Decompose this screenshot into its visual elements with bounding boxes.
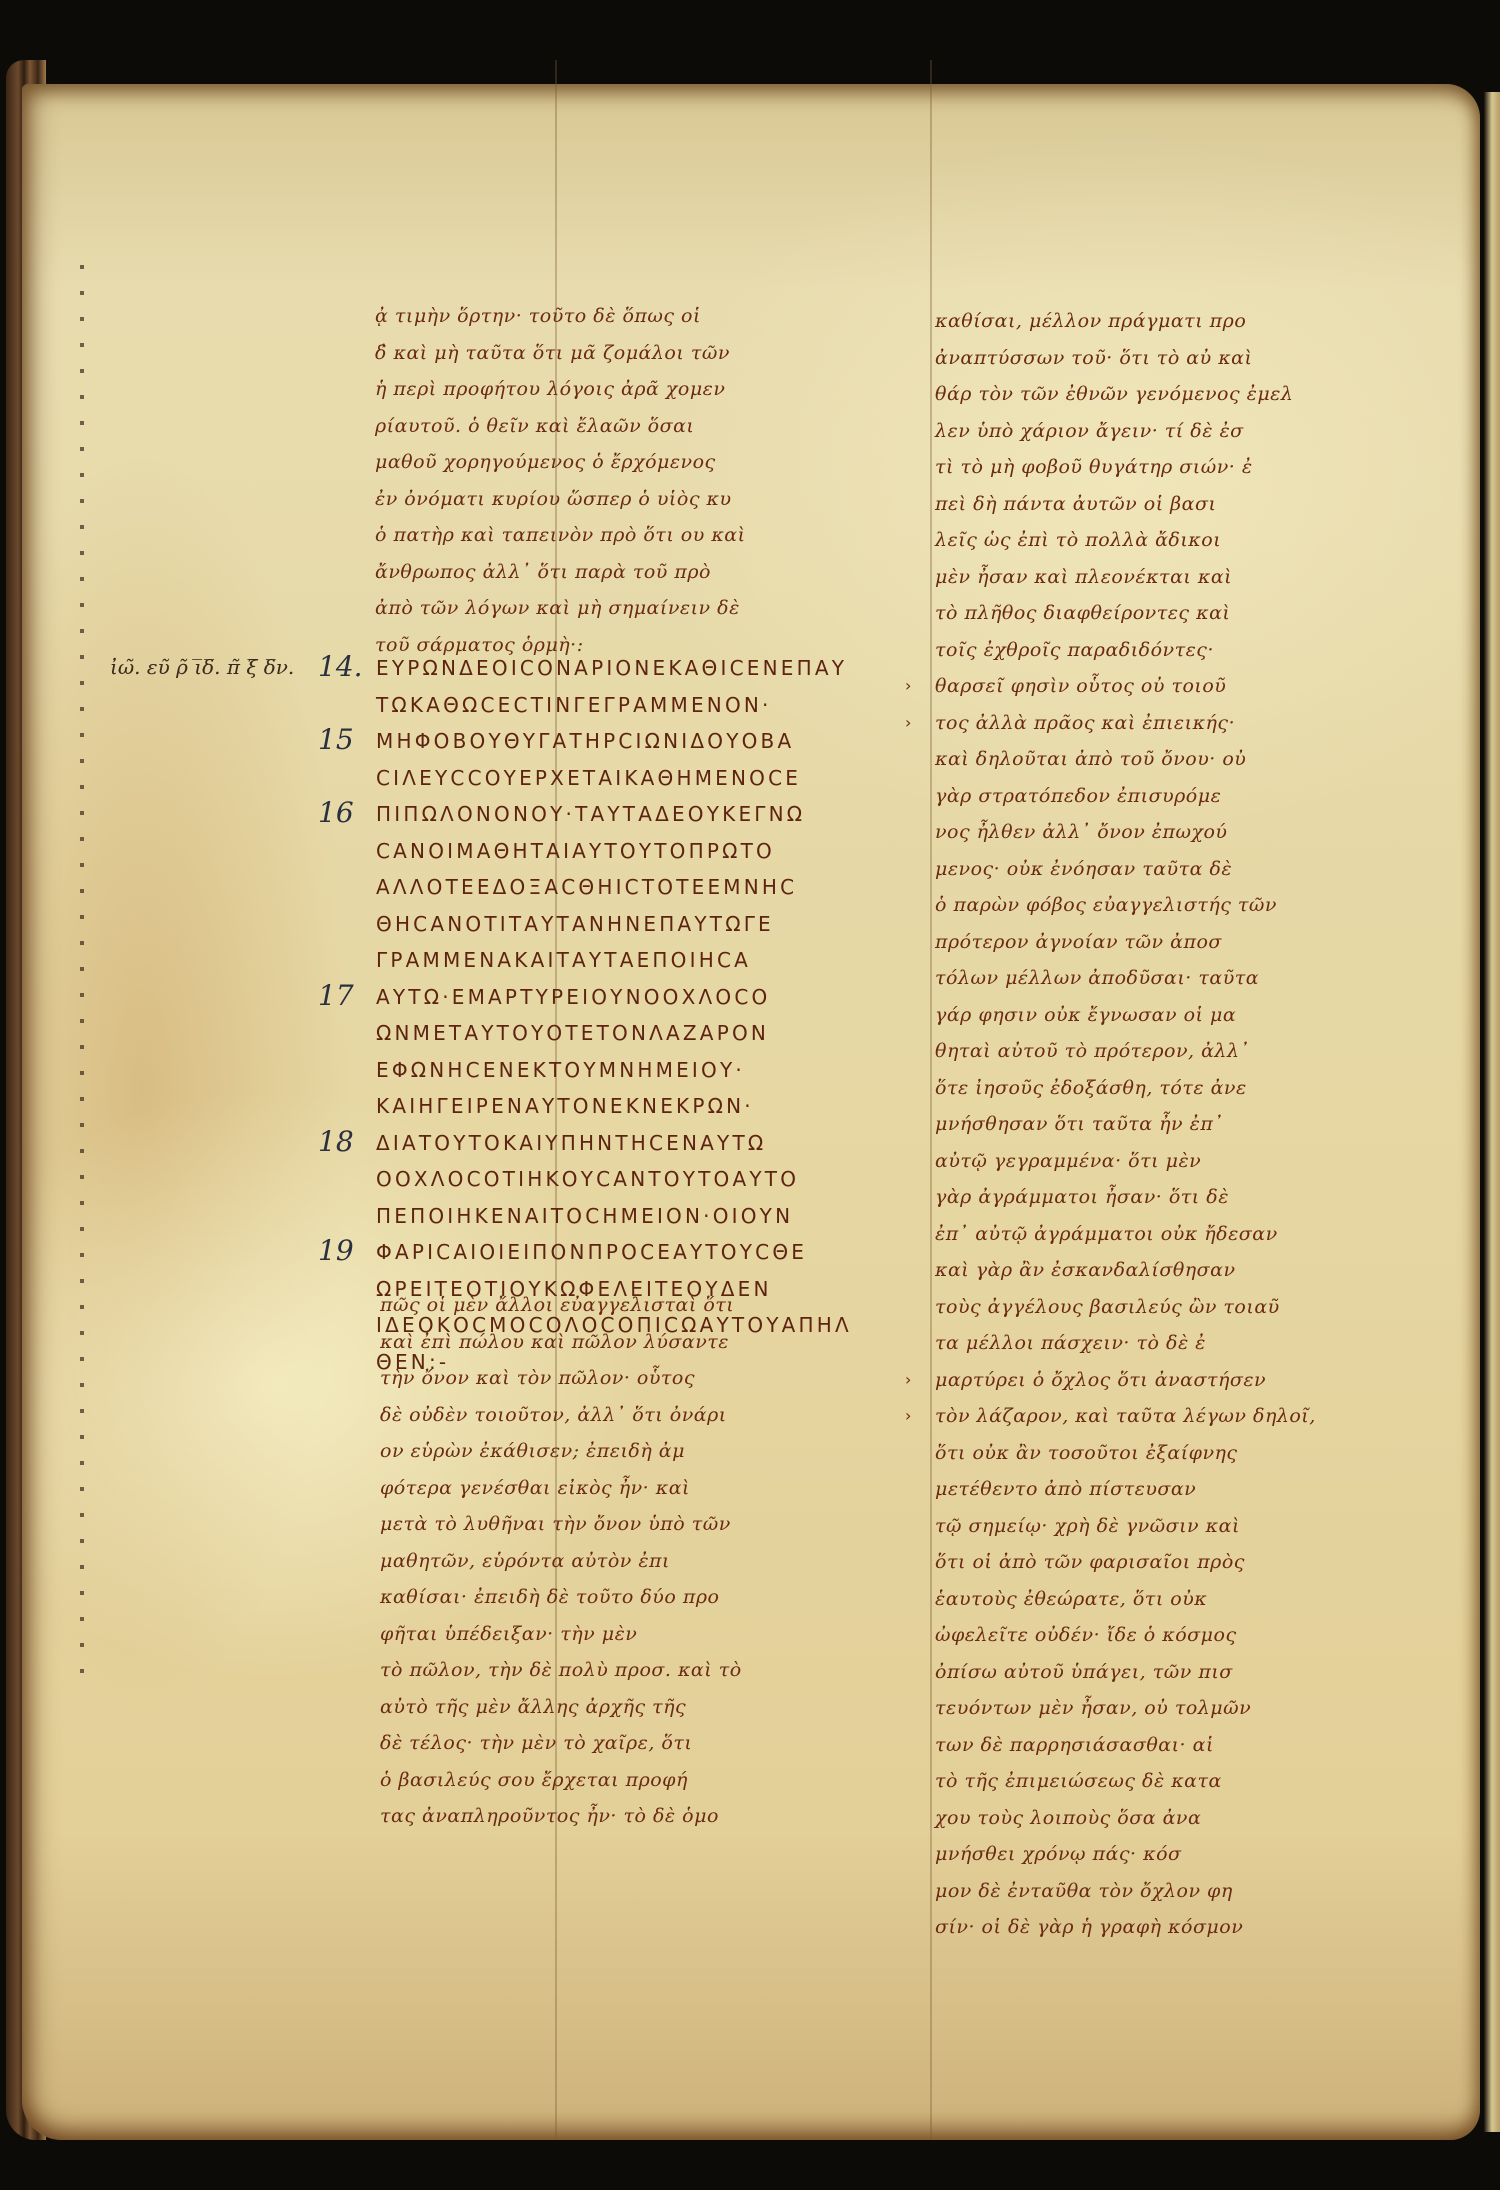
verse-number: 18 [318,1125,354,1158]
verse-number: 14. [318,650,363,683]
text-line: αὐτὸ τῆς μὲν ἄλλης ἀρχῆς τῆς [380,1689,742,1726]
text-line: ϲιλευϲϲουερχεταικαθημενοϲε [376,760,852,797]
text-line: διατουτοκαιυπηντηϲεναυτω [376,1125,852,1162]
left-column-commentary-bottom: πῶς οἱ μὲν ἄλλοι εὐαγγελισταὶ ὅτικαὶ ἐπὶ… [380,1287,742,1835]
text-line: ὀπίσω αὐτοῦ ὑπάγει, τῶν πισ [935,1654,1316,1691]
left-column-commentary-top: ᾀ τιμὴν ὅρτην· τοῦτο δὲ ὅπως οἱδ̓ καὶ μὴ… [375,298,746,663]
text-line: δ̓ καὶ μὴ ταῦτα ὅτι μᾶ ζομάλοι τῶν [375,335,746,372]
text-line: καθίσαι, μέλλον πράγματι προ [935,303,1316,340]
text-line: φαριϲαιοιειπονπροϲεαυτουϲθε [376,1234,852,1271]
text-line: λεν ὑπὸ χάριον ἄγειν· τί δὲ ἐσ [935,413,1316,450]
text-line: μηφοβουθυγατηρϲιωνιδουοβα [376,723,852,760]
text-line: φότερα γενέσθαι εἰκὸς ἦν· καὶ [380,1470,742,1507]
text-line: τοὺς ἀγγέλους βασιλεύς ὢν τοιαῦ [935,1289,1316,1326]
text-line: θάρ τὸν τῶν ἐθνῶν γενόμενος ἐμελ [935,376,1316,413]
text-line: τὶ τὸ μὴ φοβοῦ θυγάτηρ σιών· ἐ [935,449,1316,486]
text-line: τὸ πλῆθος διαφθείροντες καὶ [935,595,1316,632]
text-line: αὐτῷ γεγραμμένα· ὅτι μὲν [935,1143,1316,1180]
text-line: πρότερον ἀγνοίαν τῶν ἀποσ [935,924,1316,961]
text-line: καὶ ἐπὶ πώλου καὶ πῶλον λύσαντε [380,1324,742,1361]
text-line: τόλων μέλλων ἀποδῦσαι· ταῦτα [935,960,1316,997]
text-line: καὶ δηλοῦται ἀπὸ τοῦ ὄνου· οὐ [935,741,1316,778]
text-line: μὲν ἦσαν καὶ πλεονέκται καὶ [935,559,1316,596]
fold-line [930,60,932,2140]
text-line: ὅτε ἰησοῦς ἐδοξάσθη, τότε ἀνε [935,1070,1316,1107]
text-line: τος ἀλλὰ πρᾶος καὶ ἐπιεικής· [935,705,1316,742]
text-line: οοχλοϲοτιηκουϲαντουτοαυτο [376,1161,852,1198]
text-line: τὴν ὄνον καὶ τὸν πῶλον· οὗτος [380,1360,742,1397]
text-line: ἡ περὶ προφήτου λόγοις ἀρᾶ χομεν [375,371,746,408]
text-line: μετὰ τὸ λυθῆναι τὴν ὄνον ὑπὸ τῶν [380,1506,742,1543]
next-leaf-edge [1484,92,1500,2132]
text-line: ευρωνδεοιϲοναριονεκαθιϲενεπαυ [376,650,852,687]
text-line: νος ἦλθεν ἀλλ᾽ ὄνον ἐπωχού [935,814,1316,851]
text-line: ἐν ὀνόματι κυρίου ὥσπερ ὁ υἱὸς κυ [375,481,746,518]
left-column-gospel-text: ευρωνδεοιϲοναριονεκαθιϲενεπαυτωκαθωϲεϲτι… [376,650,852,1380]
text-line: τὸν λάζαρον, καὶ ταῦτα λέγων δηλοῖ, [935,1398,1316,1435]
text-line: τῷ σημείῳ· χρὴ δὲ γνῶσιν καὶ [935,1508,1316,1545]
text-line: μαθητῶν, εὑρόντα αὐτὸν ἐπι [380,1543,742,1580]
verse-number: 17 [318,979,354,1012]
text-line: γραμμενακαιταυταεποιηϲα [376,942,852,979]
pricking-holes [80,265,84,1695]
text-line: ον εὑρὼν ἐκάθισεν; ἐπειδὴ ἀμ [380,1433,742,1470]
text-line: ϲανοιμαθηταιαυτουτοπρωτο [376,833,852,870]
text-line: λεῖς ὡς ἐπὶ τὸ πολλὰ ἄδικοι [935,522,1316,559]
margin-arrow-icon: › [905,1406,911,1425]
text-line: γάρ φησιν οὐκ ἔγνωσαν οἱ μα [935,997,1316,1034]
text-line: μετέθεντο ἀπὸ πίστευσαν [935,1471,1316,1508]
text-line: πιπωλονονου·ταυταδεουκεγνω [376,796,852,833]
text-line: ἀπὸ τῶν λόγων καὶ μὴ σημαίνειν δὲ [375,590,746,627]
text-line: καιηγειρεναυτονεκνεκρων· [376,1088,852,1125]
text-line: δὲ τέλος· τὴν μὲν τὸ χαῖρε, ὅτι [380,1725,742,1762]
verse-number: 19 [318,1234,354,1267]
text-line: μενος· οὐκ ἐνόησαν ταῦτα δὲ [935,851,1316,888]
text-line: χου τοὺς λοιποὺς ὅσα ἀνα [935,1800,1316,1837]
margin-arrow-icon: › [905,1370,911,1389]
text-line: ὁ παρὼν φόβος εὐαγγελιστής τῶν [935,887,1316,924]
text-line: ρίαυτοῦ. ὁ θεῖν καὶ ἔλαῶν ὅσαι [375,408,746,445]
text-line: ᾀ τιμὴν ὅρτην· τοῦτο δὲ ὅπως οἱ [375,298,746,335]
text-line: θαρσεῖ φησὶν οὗτος οὐ τοιοῦ [935,668,1316,705]
text-line: μαθοῦ χορηγούμενος ὁ ἔρχόμενος [375,444,746,481]
text-line: δὲ οὐδὲν τοιοῦτον, ἀλλ᾽ ὅτι ὀνάρι [380,1397,742,1434]
verse-number: 15 [318,723,354,756]
text-line: πεποιηκεναιτοϲημειον·οιουν [376,1198,852,1235]
text-line: τα μέλλοι πάσχειν· τὸ δὲ ἐ [935,1325,1316,1362]
text-line: τωκαθωϲεϲτινγεγραμμενον· [376,687,852,724]
text-line: τὸ τῆς ἐπιμειώσεως δὲ κατα [935,1763,1316,1800]
text-line: τὸ πῶλον, τὴν δὲ πολὺ προσ. καὶ τὸ [380,1652,742,1689]
text-line: θηταὶ αὐτοῦ τὸ πρότερον, ἀλλ᾽ [935,1033,1316,1070]
text-line: θηϲανοτιταυτανηνεπαυτωγε [376,906,852,943]
text-line: ωνμεταυτουοτετονλαζαρον [376,1015,852,1052]
text-line: των δὲ παρρησιάσασθαι· αἱ [935,1727,1316,1764]
text-line: πεὶ δὴ πάντα ἀυτῶν οἱ βασι [935,486,1316,523]
text-line: ὁ πατὴρ καὶ ταπεινὸν πρὸ ὅτι ου καὶ [375,517,746,554]
text-line: τοῖς ἐχθροῖς παραδιδόντες· [935,632,1316,669]
text-line: τευόντων μὲν ἦσαν, οὐ τολμῶν [935,1690,1316,1727]
text-line: ὅτι οἱ ἀπὸ τῶν φαρισαῖοι πρὸς [935,1544,1316,1581]
text-line: ὁ βασιλεύς σου ἔρχεται προφή [380,1762,742,1799]
text-line: μον δὲ ἐνταῦθα τὸν ὄχλον φη [935,1873,1316,1910]
text-line: τας ἀναπληροῦντος ἦν· τὸ δὲ ὁμο [380,1798,742,1835]
text-line: αλλοτεεδοξαϲθηιϲτοτεεμνηϲ [376,869,852,906]
text-line: σίν· οἱ δὲ γὰρ ἡ γραφὴ κόσμον [935,1909,1316,1946]
text-line: πῶς οἱ μὲν ἄλλοι εὐαγγελισταὶ ὅτι [380,1287,742,1324]
verse-number: 16 [318,796,354,829]
margin-note: ἰω̃. ευ̃ ρ̃ ι̅δ̅. π̃ ξ̅ δ̅ν. [110,655,294,679]
text-line: ἀναπτύσσων τοῦ· ὅτι τὸ αὐ καὶ [935,340,1316,377]
text-line: μνήσθησαν ὅτι ταῦτα ἦν ἐπ᾽ [935,1106,1316,1143]
text-line: εφωνηϲενεκτουμνημειου· [376,1052,852,1089]
text-line: γὰρ στρατόπεδον ἐπισυρόμε [935,778,1316,815]
text-line: αυτω·εμαρτυρειουνοοχλοϲο [376,979,852,1016]
text-line: ἑαυτοὺς ἐθεώρατε, ὅτι οὐκ [935,1581,1316,1618]
text-line: γὰρ ἀγράμματοι ἦσαν· ὅτι δὲ [935,1179,1316,1216]
text-line: ὠφελεῖτε οὐδέν· ἴδε ὁ κόσμος [935,1617,1316,1654]
text-line: ὅτι οὐκ ἂν τοσοῦτοι ἐξαίφνης [935,1435,1316,1472]
margin-arrow-icon: › [905,713,911,732]
text-line: καθίσαι· ἐπειδὴ δὲ τοῦτο δύο προ [380,1579,742,1616]
text-line: ἐπ᾽ αὐτῷ ἀγράμματοι οὐκ ἤδεσαν [935,1216,1316,1253]
text-line: μαρτύρει ὁ ὄχλος ὅτι ἀναστήσεν [935,1362,1316,1399]
text-line: φῆται ὑπέδειξαν· τὴν μὲν [380,1616,742,1653]
text-line: καὶ γὰρ ἂν ἐσκανδαλίσθησαν [935,1252,1316,1289]
text-line: μνήσθει χρόνῳ πάς· κόσ [935,1836,1316,1873]
margin-arrow-icon: › [905,676,911,695]
text-line: ἄνθρωπος ἀλλ᾽ ὅτι παρὰ τοῦ πρὸ [375,554,746,591]
right-column-commentary: καθίσαι, μέλλον πράγματι προἀναπτύσσων τ… [935,303,1316,1946]
